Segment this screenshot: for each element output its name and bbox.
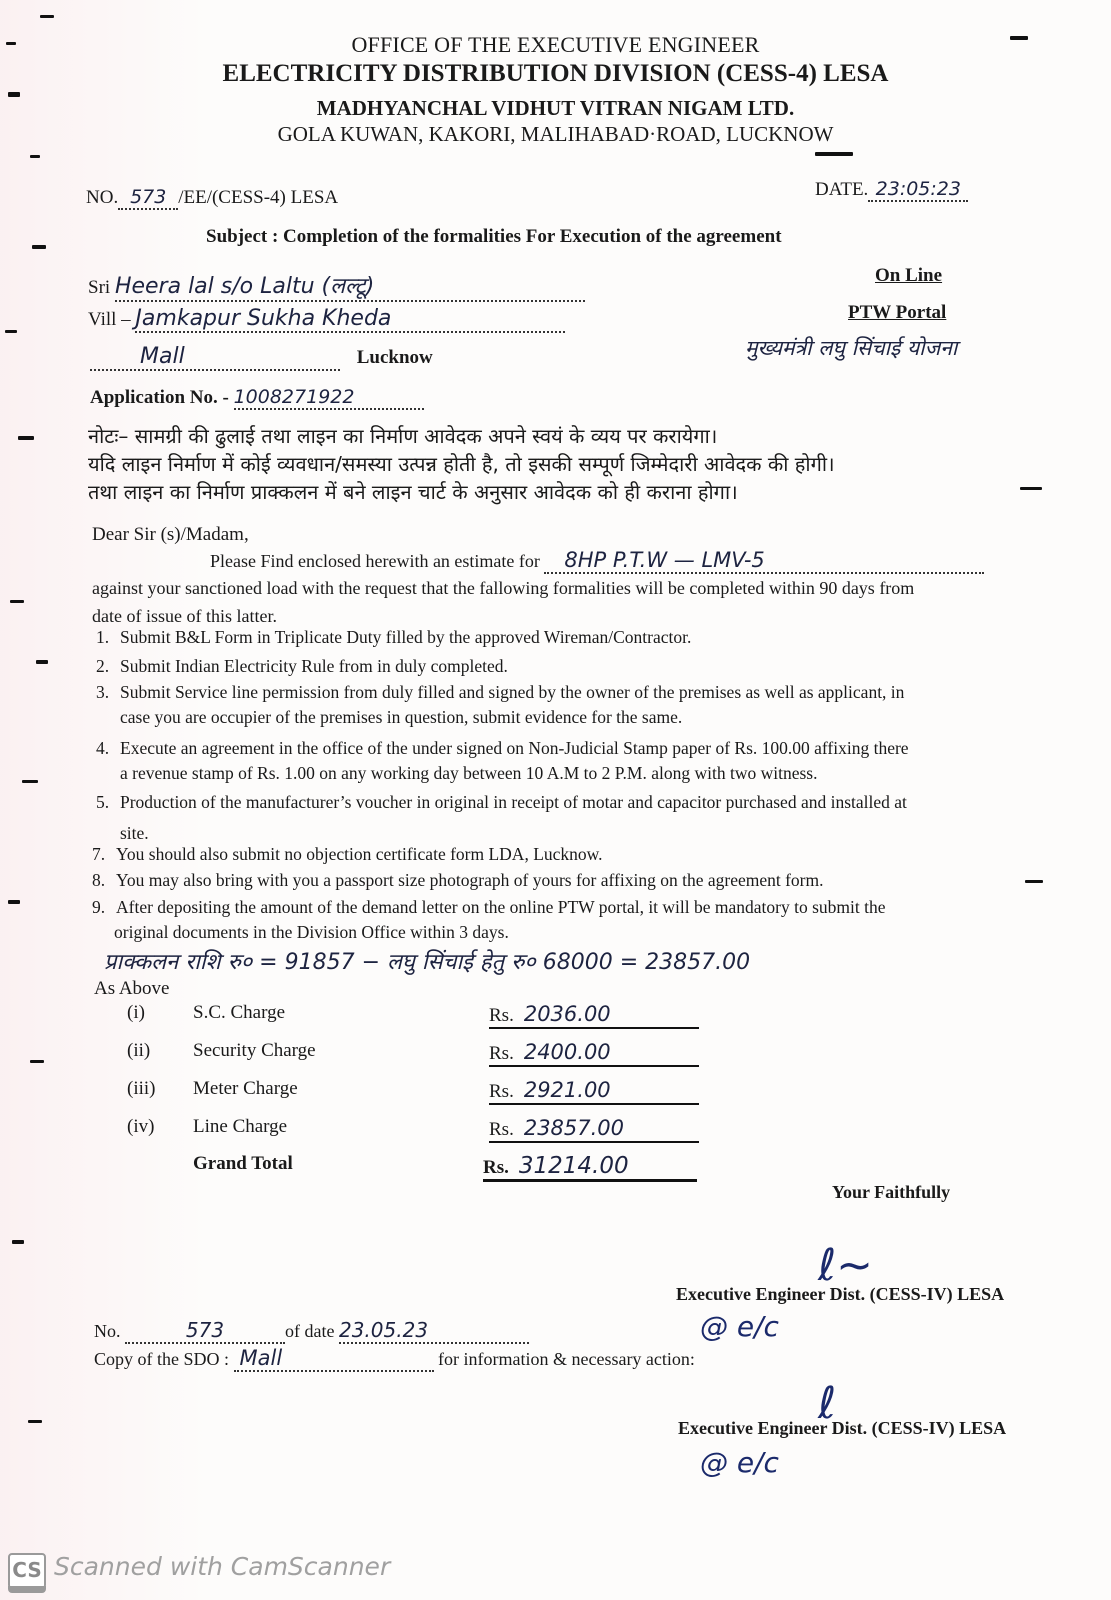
item-continuation: a revenue stamp of Rs. 1.00 on any worki…	[96, 761, 1046, 786]
charge-label: Line Charge	[193, 1116, 287, 1138]
charge-roman: (ii)	[127, 1040, 150, 1062]
item-text: You may also bring with you a passport s…	[116, 870, 824, 890]
ref-no-suffix: /EE/(CESS-4) LESA	[178, 187, 338, 208]
item-number: 7.	[92, 842, 116, 867]
addressee-name: Sri Heera lal s/o Laltu (लल्टू)	[88, 270, 585, 302]
copy-date-label: of date	[285, 1321, 334, 1341]
item-number: 9.	[92, 895, 116, 920]
item-number: 3.	[96, 680, 120, 705]
item-text: After depositing the amount of the deman…	[116, 897, 886, 917]
item-number: 5.	[96, 790, 120, 815]
scan-speck	[40, 15, 54, 18]
scan-speck	[18, 436, 34, 440]
city-label: Lucknow	[357, 347, 433, 368]
charge-label: S.C. Charge	[193, 1002, 285, 1024]
item-text: You should also submit no objection cert…	[116, 844, 603, 864]
addressee-area: Mall Lucknow	[90, 344, 433, 371]
scheme-handnote: मुख्यमंत्री लघु सिंचाई योजना	[745, 334, 957, 362]
copy-no-value: 573	[125, 1318, 285, 1344]
formality-item: 8.You may also bring with you a passport…	[92, 868, 1042, 893]
formality-item: 2.Submit Indian Electricity Rule from in…	[96, 654, 1046, 679]
copy-to-suffix: for information & necessary action:	[438, 1349, 695, 1369]
online-label: On Line	[875, 265, 942, 287]
formality-item: 3.Submit Service line permission from du…	[96, 680, 1046, 730]
date-label: DATE.	[815, 179, 868, 200]
camscanner-watermark: Scanned with CamScanner	[54, 1552, 390, 1581]
scan-speck	[32, 245, 46, 249]
copy-to-line: Copy of the SDO : Mall for information &…	[94, 1346, 695, 1372]
addressee-village: Vill – Jamkapur Sukha Kheda	[88, 306, 565, 333]
scan-speck	[8, 900, 20, 904]
copy-to-label: Copy of the SDO :	[94, 1349, 229, 1369]
currency-label: Rs.	[483, 1157, 509, 1178]
charge-roman: (iv)	[127, 1116, 154, 1138]
copy-no-label: No.	[94, 1321, 121, 1341]
sig-note-2: @ e/c	[700, 1446, 779, 1479]
grand-total-value: 31214.00	[519, 1153, 629, 1179]
subject-line: Subject : Completion of the formalities …	[206, 226, 782, 248]
charge-value: 2400.00	[524, 1040, 611, 1064]
item-continuation: case you are occupier of the premises in…	[96, 705, 1046, 730]
formality-item: 4.Execute an agreement in the office of …	[96, 736, 1046, 786]
currency-label: Rs.	[489, 1005, 514, 1026]
item-number: 4.	[96, 736, 120, 761]
hindi-note-line-2: यदि लाइन निर्माण में कोई व्यवधान/समस्या …	[88, 450, 835, 477]
salutation: Dear Sir (s)/Madam,	[92, 524, 249, 546]
application-label: Application No. -	[90, 387, 229, 408]
estimate-prefix: Please Find enclosed herewith an estimat…	[210, 551, 540, 571]
item-text: Submit Service line permission from duly…	[120, 682, 904, 702]
copy-number-line: No. 573of date 23.05.23	[94, 1318, 529, 1344]
charge-amount: Rs.2921.00	[489, 1078, 699, 1105]
item-continuation: original documents in the Division Offic…	[92, 920, 1042, 945]
scan-speck	[815, 152, 853, 156]
grand-total-amount: Rs.31214.00	[483, 1153, 697, 1182]
estimate-value: 8HP P.T.W — LMV-5	[544, 548, 984, 574]
company-title: MADHYANCHAL VIDHUT VITRAN NIGAM LTD.	[0, 96, 1111, 121]
ref-no-label: NO.	[86, 187, 118, 208]
camscanner-logo-icon: CS	[8, 1553, 46, 1589]
application-value: 1008271922	[234, 386, 424, 410]
copy-date-value: 23.05.23	[339, 1318, 529, 1344]
body-line-3: date of issue of this latter.	[92, 606, 277, 627]
scan-speck	[22, 780, 38, 783]
estimate-line: Please Find enclosed herewith an estimat…	[210, 548, 984, 574]
hindi-note-line-1: नोटः– सामग्री की ढुलाई तथा लाइन का निर्म…	[88, 422, 717, 449]
item-text: Submit B&L Form in Triplicate Duty fille…	[120, 627, 691, 647]
formality-item: 9.After depositing the amount of the dem…	[92, 895, 1042, 945]
item-text: Submit Indian Electricity Rule from in d…	[120, 656, 508, 676]
hindi-note-line-3: तथा लाइन का निर्माण प्राक्कलन में बने ला…	[88, 478, 738, 505]
charge-amount: Rs.2036.00	[489, 1002, 699, 1029]
handwritten-calculation: प्राक्कलन राशि रु० = 91857 − लघु सिंचाई …	[104, 946, 750, 976]
charge-value: 2921.00	[524, 1078, 611, 1102]
charge-label: Meter Charge	[193, 1078, 298, 1100]
vill-value: Jamkapur Sukha Kheda	[135, 306, 565, 333]
sri-label: Sri	[88, 277, 110, 298]
currency-label: Rs.	[489, 1119, 514, 1140]
currency-label: Rs.	[489, 1043, 514, 1064]
body-line-2: against your sanctioned load with the re…	[92, 578, 914, 599]
scan-speck	[30, 1060, 44, 1063]
scan-speck	[1020, 487, 1042, 490]
charge-roman: (iii)	[127, 1078, 156, 1100]
item-text: Execute an agreement in the office of th…	[120, 738, 909, 758]
closing-faithfully: Your Faithfully	[832, 1182, 950, 1203]
ptw-portal-label: PTW Portal	[848, 302, 946, 324]
item-number: 1.	[96, 625, 120, 650]
formality-item: 1.Submit B&L Form in Triplicate Duty fil…	[96, 625, 1046, 650]
letter-date: DATE.23:05:23	[815, 178, 968, 202]
sig-note-1: @ e/c	[700, 1310, 779, 1343]
currency-label: Rs.	[489, 1081, 514, 1102]
scanned-letter: OFFICE OF THE EXECUTIVE ENGINEER ELECTRI…	[0, 0, 1111, 1600]
scan-speck	[28, 1420, 42, 1423]
charge-value: 23857.00	[524, 1116, 624, 1140]
charges-heading: As Above	[94, 978, 169, 1000]
vill-label: Vill –	[88, 309, 131, 330]
charge-amount: Rs.2400.00	[489, 1040, 699, 1067]
charge-value: 2036.00	[524, 1002, 611, 1026]
formality-item: 5.Production of the manufacturer’s vouch…	[96, 790, 1046, 846]
scan-speck	[30, 155, 40, 158]
scan-speck	[5, 330, 17, 333]
reference-number: NO.573/EE/(CESS-4) LESA	[86, 186, 338, 210]
sri-value: Heera lal s/o Laltu (लल्टू)	[115, 270, 585, 302]
ref-no-value: 573	[118, 186, 178, 210]
signatory-2: Executive Engineer Dist. (CESS-IV) LESA	[678, 1418, 1006, 1439]
charge-roman: (i)	[127, 1002, 145, 1024]
scan-speck	[12, 1240, 24, 1244]
item-text: Production of the manufacturer’s voucher…	[120, 792, 907, 812]
copy-to-value: Mall	[234, 1346, 434, 1372]
charge-amount: Rs.23857.00	[489, 1116, 699, 1143]
office-address: GOLA KUWAN, KAKORI, MALIHABAD·ROAD, LUCK…	[0, 122, 1111, 147]
division-title: ELECTRICITY DISTRIBUTION DIVISION (CESS-…	[0, 60, 1111, 88]
scan-speck	[10, 600, 24, 603]
scan-speck	[36, 660, 48, 664]
application-number: Application No. - 1008271922	[90, 386, 424, 410]
item-number: 2.	[96, 654, 120, 679]
date-value: 23:05:23	[868, 178, 968, 202]
signatory-1: Executive Engineer Dist. (CESS-IV) LESA	[676, 1284, 1004, 1305]
item-number: 8.	[92, 868, 116, 893]
grand-total-label: Grand Total	[193, 1153, 293, 1175]
formality-item: 7.You should also submit no objection ce…	[92, 842, 1042, 867]
area-value: Mall	[90, 344, 340, 371]
charge-label: Security Charge	[193, 1040, 316, 1062]
office-title: OFFICE OF THE EXECUTIVE ENGINEER	[0, 32, 1111, 58]
